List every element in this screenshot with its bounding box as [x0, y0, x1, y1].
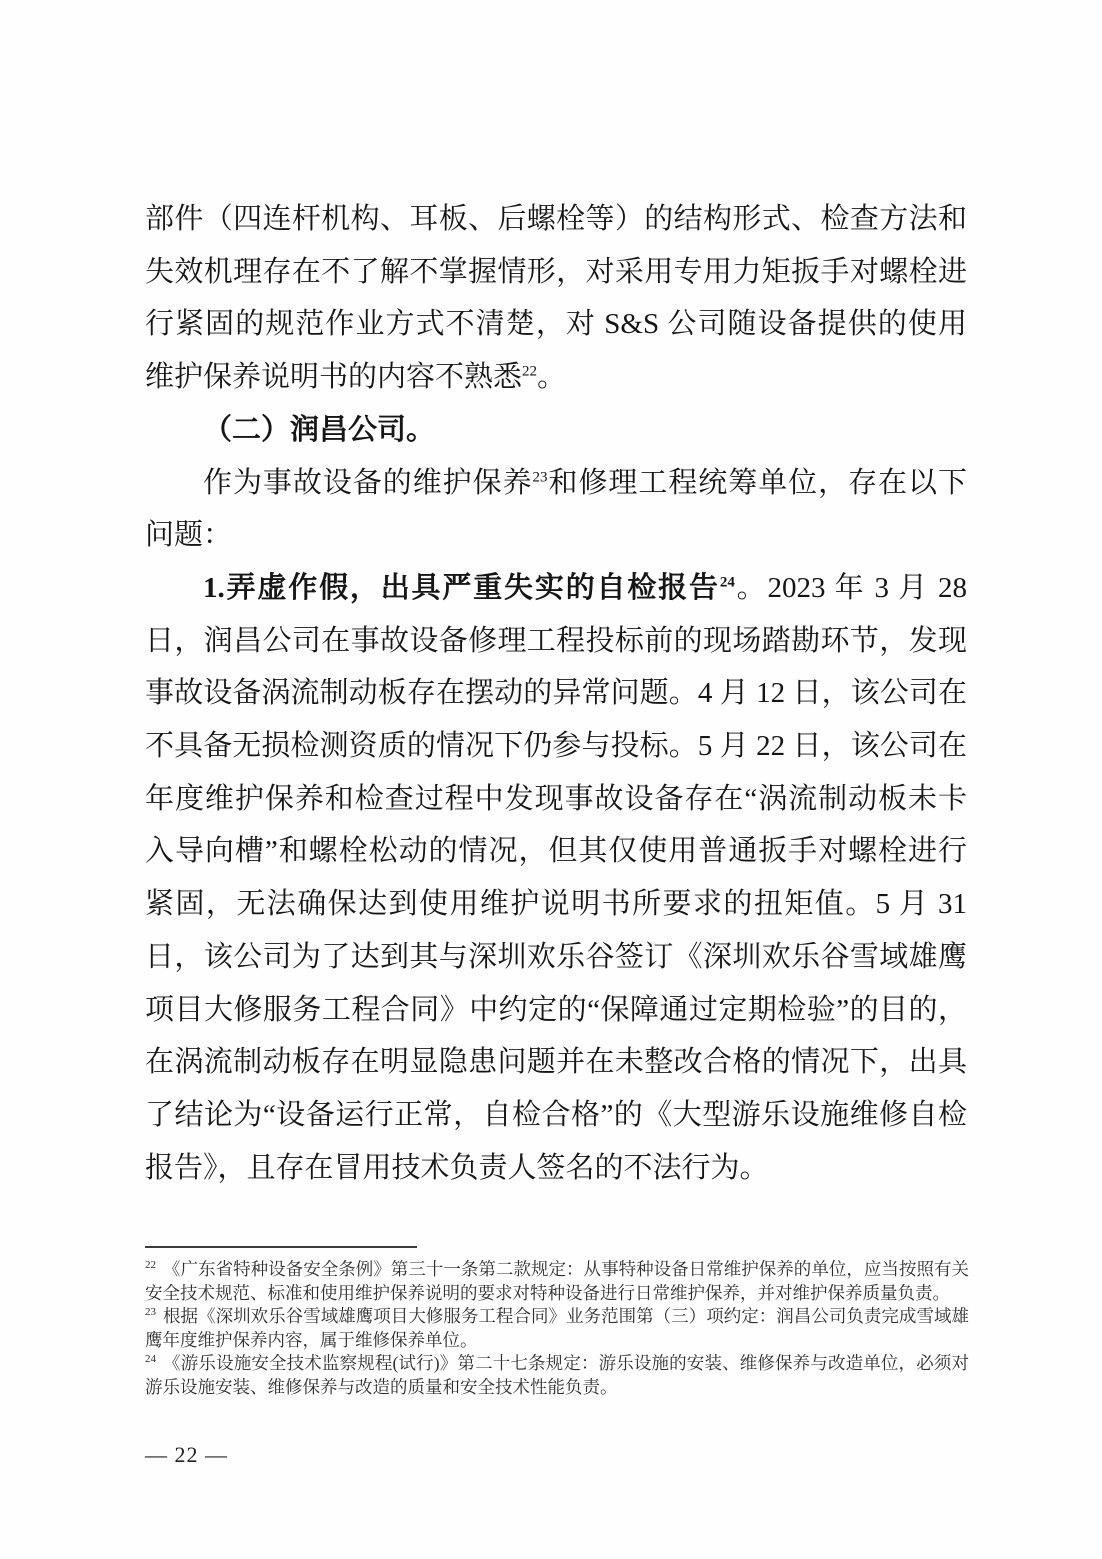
paragraph-text: 1.弄虚作假，出具严重失实的自检报告 — [203, 572, 720, 604]
document-page: 部件（四连杆机构、耳板、后螺栓等）的结构形式、检查方法和失效机理存在不了解不掌握… — [0, 0, 1102, 1559]
paragraph-continuation: 部件（四连杆机构、耳板、后螺栓等）的结构形式、检查方法和失效机理存在不了解不掌握… — [145, 193, 967, 404]
footnote-item-22: 22《广东省特种设备安全条例》第三十一条第二款规定：从事特种设备日常维护保养的单… — [145, 1258, 969, 1305]
paragraph-text: 。2023 年 3 月 28 日，润昌公司在事故设备修理工程投标前的现场踏勘环节… — [145, 572, 967, 1184]
footnote-item-23: 23根据《深圳欢乐谷雪域雄鹰项目大修服务工程合同》业务范围第（三）项约定：润昌公… — [145, 1305, 969, 1352]
footnote-ref-23: 23 — [533, 469, 548, 485]
footnote-marker: 22 — [145, 1259, 156, 1271]
paragraph-item-1: 1.弄虚作假，出具严重失实的自检报告24。2023 年 3 月 28 日，润昌公… — [145, 562, 967, 1194]
footnote-item-24: 24《游乐设施安全技术监察规程(试行)》第二十七条规定：游乐设施的安装、维修保养… — [145, 1352, 969, 1399]
paragraph-bold-lead: 1.弄虚作假，出具严重失实的自检报告24 — [203, 572, 735, 604]
page-number: — 22 — — [145, 1442, 228, 1468]
footnote-text: 《广东省特种设备安全条例》第三十一条第二款规定：从事特种设备日常维护保养的单位，… — [145, 1259, 969, 1303]
footnote-marker: 23 — [145, 1306, 156, 1318]
document-body: 部件（四连杆机构、耳板、后螺栓等）的结构形式、检查方法和失效机理存在不了解不掌握… — [145, 193, 967, 1194]
section-heading-text: （二）润昌公司。 — [203, 414, 435, 446]
paragraph-overview: 作为事故设备的维护保养23和修理工程统筹单位，存在以下问题： — [145, 457, 967, 562]
footnote-text: 《游乐设施安全技术监察规程(试行)》第二十七条规定：游乐设施的安装、维修保养与改… — [145, 1353, 969, 1397]
footnote-divider — [145, 1246, 417, 1248]
paragraph-text: 。 — [537, 361, 566, 393]
footnotes-section: 22《广东省特种设备安全条例》第三十一条第二款规定：从事特种设备日常维护保养的单… — [145, 1246, 969, 1399]
section-heading: （二）润昌公司。 — [145, 404, 967, 457]
footnote-ref-24: 24 — [720, 574, 735, 590]
paragraph-text: 作为事故设备的维护保养 — [203, 467, 533, 499]
footnote-marker: 24 — [145, 1353, 156, 1365]
footnote-text: 根据《深圳欢乐谷雪域雄鹰项目大修服务工程合同》业务范围第（三）项约定：润昌公司负… — [145, 1306, 969, 1350]
footnote-ref-22: 22 — [522, 363, 537, 379]
